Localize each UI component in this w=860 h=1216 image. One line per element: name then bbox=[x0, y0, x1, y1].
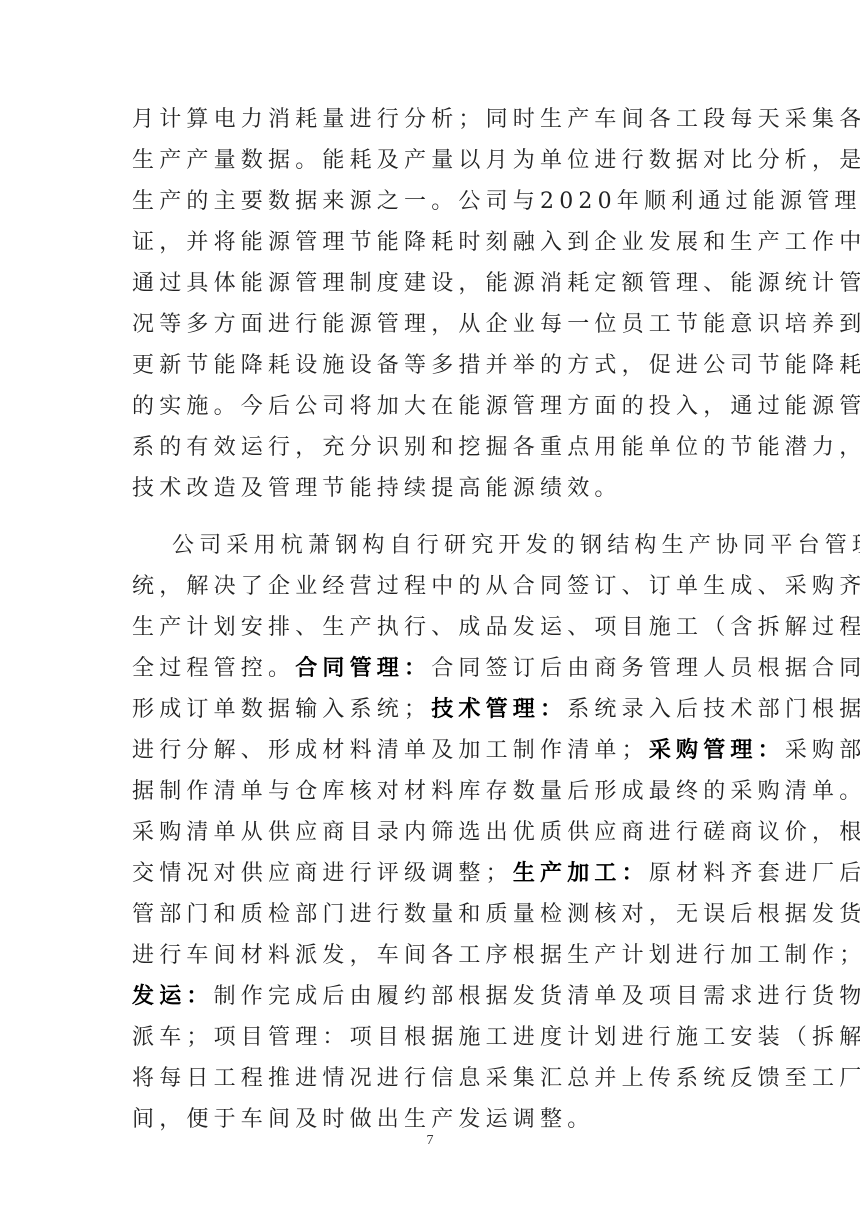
text-segment: 交情况对供应商进行评级调整； bbox=[132, 861, 513, 886]
text-line: 形成订单数据输入系统；技术管理：系统录入后技术部门根据图纸 bbox=[132, 689, 732, 730]
text-line: 技术改造及管理节能持续提高能源绩效。 bbox=[132, 468, 732, 509]
text-line: 生产计划安排、生产执行、成品发运、项目施工（含拆解过程）等 bbox=[132, 607, 732, 648]
page-number: 7 bbox=[0, 1133, 860, 1149]
text-line: 发运：制作完成后由履约部根据发货清单及项目需求进行货物发运 bbox=[132, 976, 732, 1017]
text-segment: 据制作清单与仓库核对材料库存数量后形成最终的采购清单。根据 bbox=[132, 779, 860, 804]
text-segment: 原材料齐套进厂后由库 bbox=[649, 861, 860, 886]
paragraph-production-platform: 公司采用杭萧钢构自行研究开发的钢结构生产协同平台管理系统，解决了企业经营过程中的… bbox=[132, 525, 732, 1140]
text-line: 进行分解、形成材料清单及加工制作清单；采购管理：采购部门根 bbox=[132, 730, 732, 771]
text-segment: 的实施。今后公司将加大在能源管理方面的投入，通过能源管理体 bbox=[132, 394, 860, 419]
text-line: 生产产量数据。能耗及产量以月为单位进行数据对比分析，是企业 bbox=[132, 140, 732, 181]
text-line: 公司采用杭萧钢构自行研究开发的钢结构生产协同平台管理系 bbox=[132, 525, 732, 566]
text-segment: 生产计划安排、生产执行、成品发运、项目施工（含拆解过程）等 bbox=[132, 615, 860, 640]
document-page: 月计算电力消耗量进行分析；同时生产车间各工段每天采集各工序生产产量数据。能耗及产… bbox=[0, 0, 860, 1216]
text-segment: 采购清单从供应商目录内筛选出优质供应商进行磋商议价，根据成 bbox=[132, 820, 860, 845]
text-line: 进行车间材料派发，车间各工序根据生产计划进行加工制作；成品 bbox=[132, 935, 732, 976]
text-segment: 全过程管控。 bbox=[132, 656, 295, 681]
text-segment: 证，并将能源管理节能降耗时刻融入到企业发展和生产工作中去， bbox=[132, 230, 860, 255]
text-segment: 派车；项目管理：项目根据施工进度计划进行施工安装（拆解）并 bbox=[132, 1025, 860, 1050]
text-segment: 合同签订后由商务管理人员根据合同内容 bbox=[431, 656, 860, 681]
bold-heading-term: 技术管理： bbox=[431, 696, 567, 722]
text-segment: 制作完成后由履约部根据发货清单及项目需求进行货物发运 bbox=[214, 984, 860, 1009]
text-segment: 进行车间材料派发，车间各工序根据生产计划进行加工制作； bbox=[132, 943, 860, 968]
text-segment: 通过具体能源管理制度建设，能源消耗定额管理、能源统计管理状 bbox=[132, 271, 860, 296]
text-line: 管部门和质检部门进行数量和质量检测核对，无误后根据发货清单 bbox=[132, 894, 732, 935]
paragraph-gap bbox=[132, 509, 732, 525]
bold-heading-term: 发运： bbox=[132, 983, 214, 1009]
text-line: 月计算电力消耗量进行分析；同时生产车间各工段每天采集各工序 bbox=[132, 99, 732, 140]
text-segment: 形成订单数据输入系统； bbox=[132, 697, 431, 722]
bold-heading-term: 生产加工： bbox=[513, 860, 649, 886]
text-line: 的实施。今后公司将加大在能源管理方面的投入，通过能源管理体 bbox=[132, 386, 732, 427]
text-line: 况等多方面进行能源管理，从企业每一位员工节能意识培养到替换 bbox=[132, 304, 732, 345]
text-segment: 况等多方面进行能源管理，从企业每一位员工节能意识培养到替换 bbox=[132, 312, 860, 337]
text-line: 系的有效运行，充分识别和挖掘各重点用能单位的节能潜力，通过 bbox=[132, 427, 732, 468]
text-line: 证，并将能源管理节能降耗时刻融入到企业发展和生产工作中去， bbox=[132, 222, 732, 263]
text-segment: 管部门和质检部门进行数量和质量检测核对，无误后根据发货清单 bbox=[132, 902, 860, 927]
text-line: 生产的主要数据来源之一。公司与2020年顺利通过能源管理体系认 bbox=[132, 181, 732, 222]
text-segment: 统，解决了企业经营过程中的从合同签订、订单生成、采购齐套、 bbox=[132, 574, 860, 599]
text-segment: 生产产量数据。能耗及产量以月为单位进行数据对比分析，是企业 bbox=[132, 148, 860, 173]
text-line: 交情况对供应商进行评级调整；生产加工：原材料齐套进厂后由库 bbox=[132, 853, 732, 894]
text-segment: 技术改造及管理节能持续提高能源绩效。 bbox=[132, 476, 622, 501]
text-segment: 公司采用杭萧钢构自行研究开发的钢结构生产协同平台管理系 bbox=[172, 533, 860, 558]
bold-heading-term: 合同管理： bbox=[295, 655, 431, 681]
text-line: 据制作清单与仓库核对材料库存数量后形成最终的采购清单。根据 bbox=[132, 771, 732, 812]
text-segment: 更新节能降耗设施设备等多措并举的方式，促进公司节能降耗工作 bbox=[132, 353, 860, 378]
body-text: 月计算电力消耗量进行分析；同时生产车间各工段每天采集各工序生产产量数据。能耗及产… bbox=[132, 99, 732, 1140]
text-line: 通过具体能源管理制度建设，能源消耗定额管理、能源统计管理状 bbox=[132, 263, 732, 304]
text-line: 将每日工程推进情况进行信息采集汇总并上传系统反馈至工厂车 bbox=[132, 1058, 732, 1099]
text-segment: 系统录入后技术部门根据图纸 bbox=[567, 697, 860, 722]
text-segment: 月计算电力消耗量进行分析；同时生产车间各工段每天采集各工序 bbox=[132, 107, 860, 132]
bold-heading-term: 采购管理： bbox=[649, 737, 785, 763]
text-segment: 间，便于车间及时做出生产发运调整。 bbox=[132, 1107, 594, 1132]
text-segment: 将每日工程推进情况进行信息采集汇总并上传系统反馈至工厂车 bbox=[132, 1066, 860, 1091]
text-segment: 生产的主要数据来源之一。公司与2020年顺利通过能源管理体系认 bbox=[132, 189, 860, 214]
text-segment: 采购部门根 bbox=[785, 738, 860, 763]
text-line: 采购清单从供应商目录内筛选出优质供应商进行磋商议价，根据成 bbox=[132, 812, 732, 853]
text-line: 全过程管控。合同管理：合同签订后由商务管理人员根据合同内容 bbox=[132, 648, 732, 689]
paragraph-energy-management: 月计算电力消耗量进行分析；同时生产车间各工段每天采集各工序生产产量数据。能耗及产… bbox=[132, 99, 732, 509]
text-segment: 系的有效运行，充分识别和挖掘各重点用能单位的节能潜力，通过 bbox=[132, 435, 860, 460]
text-line: 更新节能降耗设施设备等多措并举的方式，促进公司节能降耗工作 bbox=[132, 345, 732, 386]
text-line: 派车；项目管理：项目根据施工进度计划进行施工安装（拆解）并 bbox=[132, 1017, 732, 1058]
text-segment: 进行分解、形成材料清单及加工制作清单； bbox=[132, 738, 649, 763]
text-line: 统，解决了企业经营过程中的从合同签订、订单生成、采购齐套、 bbox=[132, 566, 732, 607]
